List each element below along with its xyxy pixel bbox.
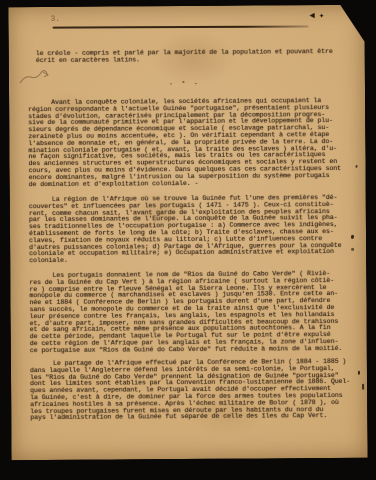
ink-spot [362, 384, 364, 390]
star-mark-icon: ✦ [319, 11, 328, 21]
header-rule [53, 25, 309, 28]
paragraph-rios-da-guine: Les portugais donnaient le nom de "Rios … [29, 271, 342, 355]
paragraph-precolonial-societies: Avant la conquête coloniale, les société… [28, 98, 341, 189]
ink-spot [351, 235, 354, 239]
paragraph-berlin-conference: Le partage de l'Afrique effectué par la … [30, 359, 351, 422]
ink-spot [351, 248, 354, 251]
page-number: 3. [50, 15, 60, 24]
ink-spot [356, 165, 358, 168]
corner-marks: ◄✦ [309, 11, 328, 21]
intro-note: le créole - compris et parlé par la majo… [36, 49, 333, 65]
paragraph-conquest-phases: La région de l'Afrique où se trouve la G… [29, 195, 342, 265]
pencil-scribble [17, 67, 51, 87]
ink-spot [358, 371, 360, 375]
section-separator: - * - [169, 81, 200, 89]
document-page: 3. ◄✦ le créole - compris et parlé par l… [8, 5, 367, 460]
